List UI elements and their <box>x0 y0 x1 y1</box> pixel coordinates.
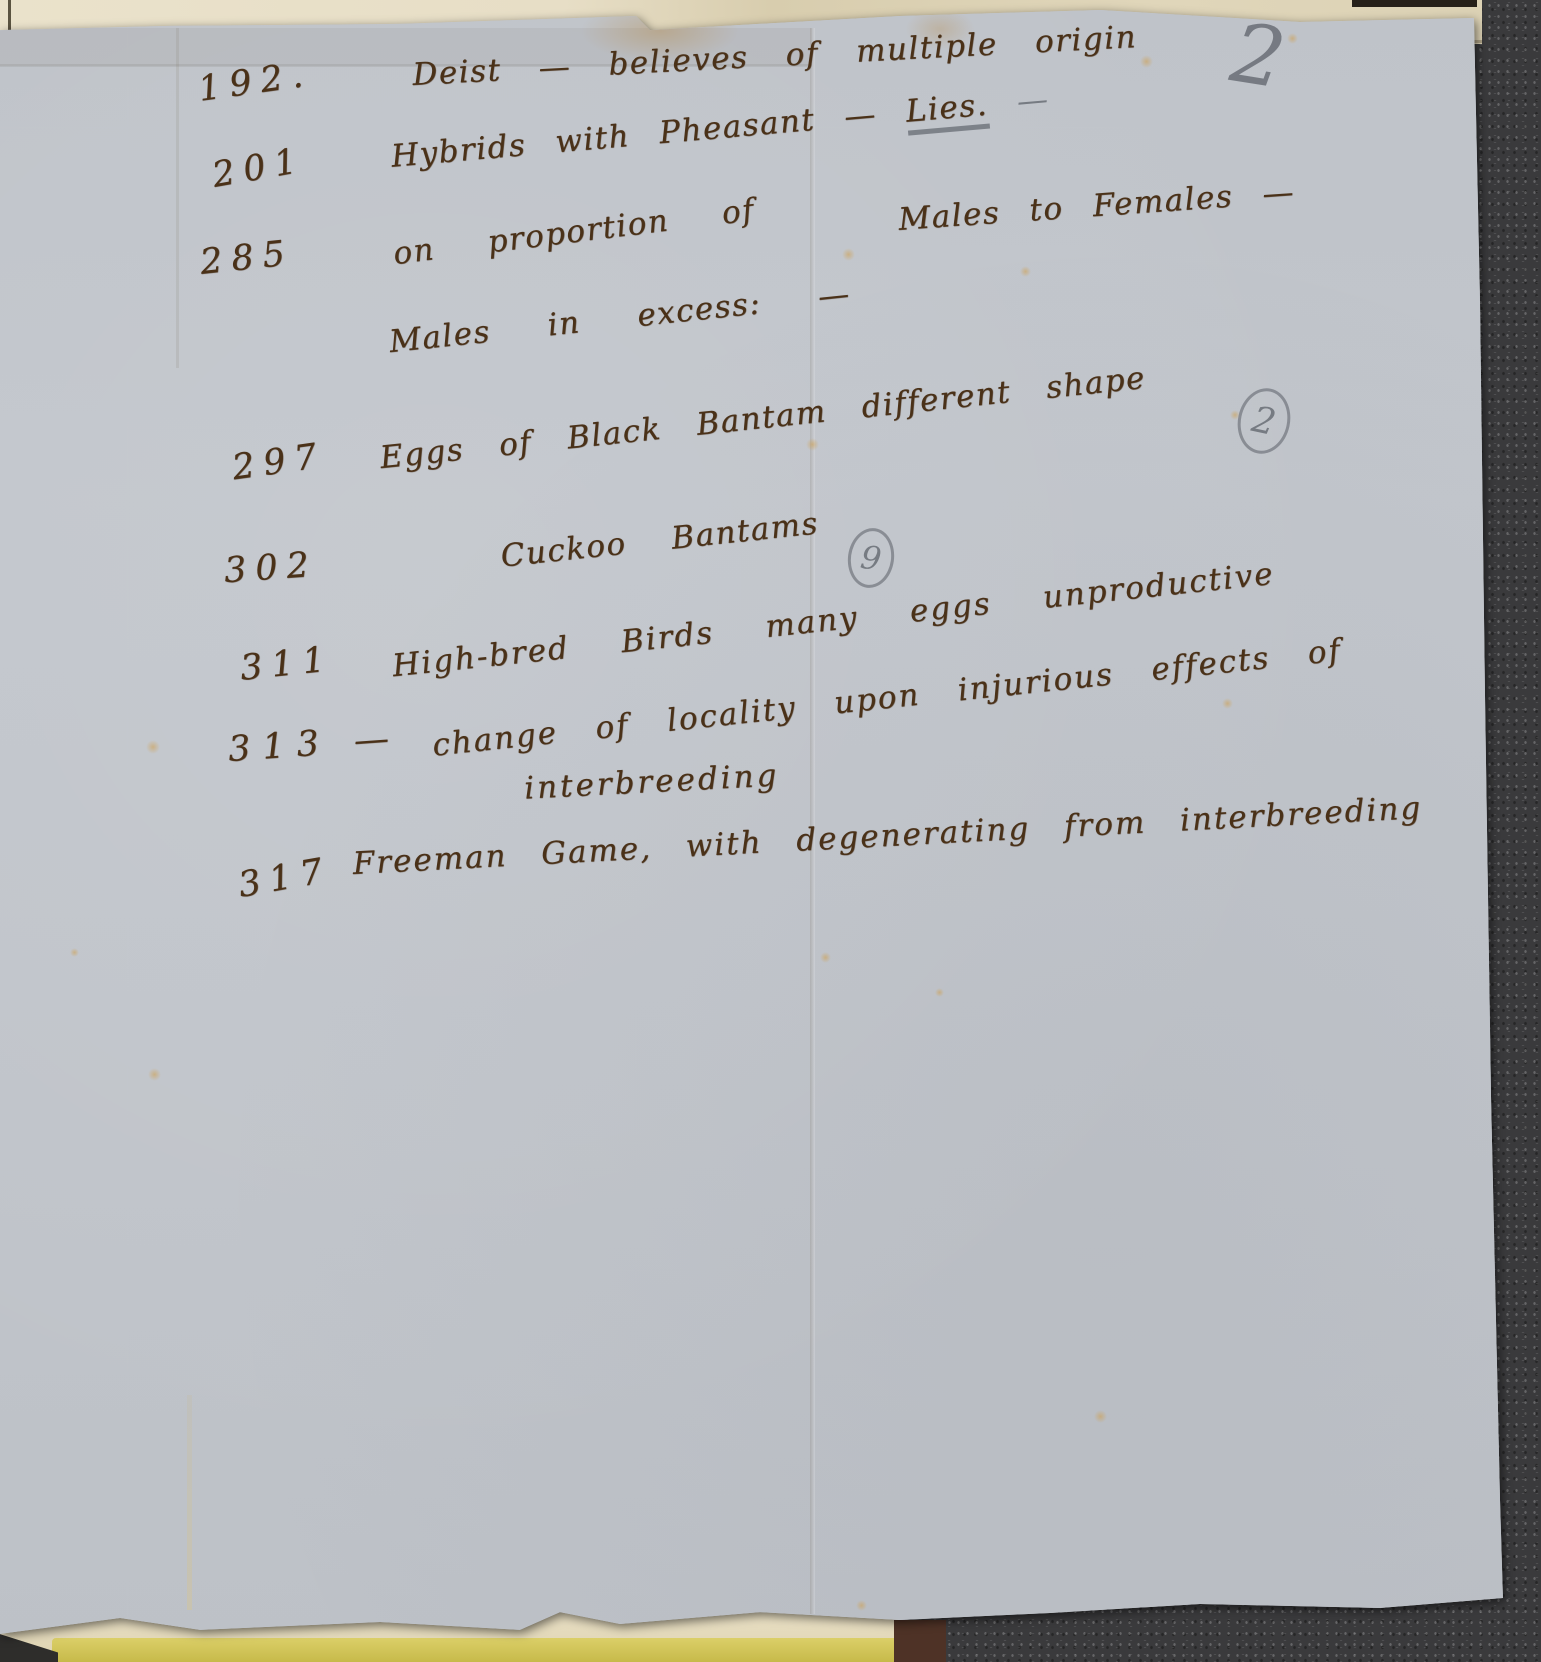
entry-201-pencil-dash: — <box>986 81 1051 122</box>
foxing-spot <box>856 1600 867 1611</box>
entry-201-underlined-word: Lies. <box>904 87 989 136</box>
entry-297-text: Eggs of Black Bantam different shape <box>378 360 1147 476</box>
foxing-spot <box>1222 698 1233 709</box>
foxing-spot <box>1020 266 1031 277</box>
foxing-spot <box>806 438 819 451</box>
manuscript-paper: 2 192. Deist — believes of multiple orig… <box>0 0 1541 1662</box>
entry-317-page-number: 317 <box>235 850 334 906</box>
entry-302-page-number: 302 <box>223 545 319 591</box>
entry-313-text-continuation: interbreeding <box>523 757 780 806</box>
entry-297-pencil-circled-number: 2 <box>1232 383 1297 458</box>
entry-311-page-number: 311 <box>238 639 335 689</box>
vertical-fold-crease-left <box>176 28 179 368</box>
scanned-manuscript-page: 2 192. Deist — believes of multiple orig… <box>0 0 1541 1662</box>
foxing-spot <box>1094 1410 1107 1423</box>
foxing-spot <box>935 988 944 997</box>
entry-302-pencil-circled-number: 9 <box>844 525 898 591</box>
entry-201-text: Hybrids with Pheasant — Lies. — <box>390 81 1051 174</box>
entry-302-text: Cuckoo Bantams <box>499 505 820 574</box>
foxing-spot <box>842 248 855 261</box>
entry-297-page-number: 297 <box>230 436 328 489</box>
entry-313-page-number: 313 — <box>227 718 402 770</box>
foxing-spot <box>1140 55 1153 68</box>
entry-317-text: Freeman Game, with degenerating from int… <box>352 790 1423 882</box>
foxing-spot <box>1287 33 1298 44</box>
pencil-page-number: 2 <box>1226 12 1290 101</box>
foxing-spot <box>148 1068 161 1081</box>
foxing-spot <box>146 740 160 754</box>
entry-201-text-pre: Hybrids with Pheasant — <box>390 94 908 175</box>
entry-285-text: on proportion of <box>391 192 757 272</box>
foxing-spot <box>70 948 79 957</box>
vertical-fold-crease-bottom <box>187 1395 192 1610</box>
foxing-spot <box>820 952 831 963</box>
entry-285-text-continuation: Males in excess: — <box>387 276 852 360</box>
entry-201-page-number: 201 <box>209 140 308 196</box>
entry-285-text-raised: Males to Females — <box>897 174 1296 238</box>
entry-285-page-number: 285 <box>198 233 295 283</box>
